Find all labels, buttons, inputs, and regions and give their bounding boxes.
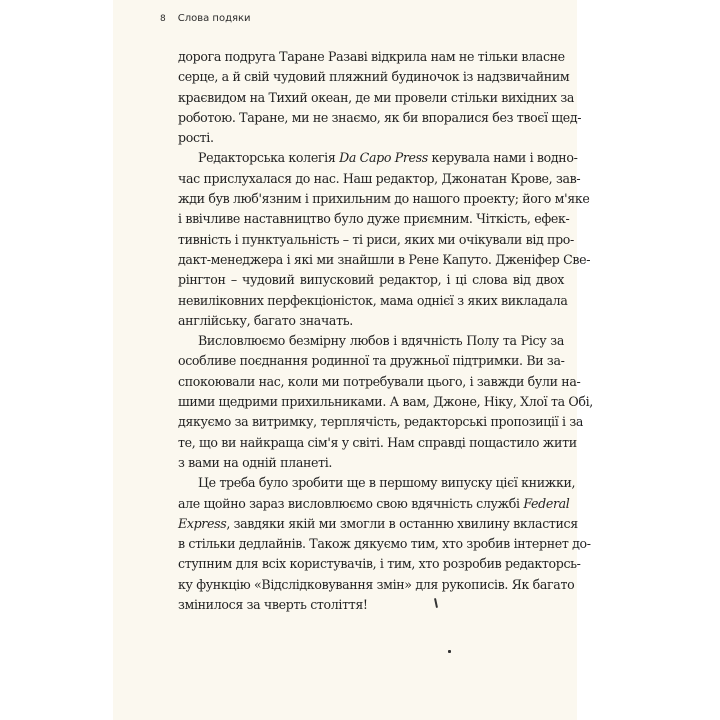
page-number: 8 <box>160 14 166 24</box>
text-line: невиліковних перфекціоністок, мама одніє… <box>178 291 564 311</box>
text-line: дакт-менеджера і які ми знайшли в Рене К… <box>178 250 564 270</box>
paragraph: Це треба було зробити ще в першому випус… <box>178 473 564 615</box>
text-line: в стільки дедлайнів. Також дякуємо тим, … <box>178 534 564 554</box>
text-line: Висловлюємо безмірну любов і вдячність П… <box>178 331 564 351</box>
text-line: англійську, багато значать. <box>178 311 564 331</box>
text-line: Це треба було зробити ще в першому випус… <box>178 473 564 493</box>
text-line: але щойно зараз висловлюємо свою вдячніс… <box>178 494 564 514</box>
text-line: і ввічливе наставництво було дуже приємн… <box>178 209 564 229</box>
text-line: Редакторська колегія Da Capo Press керув… <box>178 148 564 168</box>
text-line: дорога подруга Таране Разаві відкрила на… <box>178 47 564 67</box>
text-line: роботою. Таране, ми не знаємо, як би впо… <box>178 108 564 128</box>
running-head: 8 Слова подяки <box>160 13 251 24</box>
text-line: жди був люб'язним і прихильним до нашого… <box>178 189 564 209</box>
paragraph: дорога подруга Таране Разаві відкрила на… <box>178 47 564 148</box>
text-line: рінгтон – чудовий випусковий редактор, і… <box>178 270 564 290</box>
paragraph: Висловлюємо безмірну любов і вдячність П… <box>178 331 564 473</box>
text-line: ку функцію «Відслідковування змін» для р… <box>178 575 564 595</box>
text-line: тивність і пунктуальність – ті риси, яки… <box>178 230 564 250</box>
text-line: шими щедрими прихильниками. А вам, Джоне… <box>178 392 564 412</box>
book-page: 8 Слова подяки дорога подруга Таране Раз… <box>113 0 577 720</box>
text-line: те, що ви найкраща сім'я у світі. Нам сп… <box>178 433 564 453</box>
text-line: дякуємо за витримку, терплячість, редакт… <box>178 412 564 432</box>
ink-speck <box>448 650 451 653</box>
text-line: з вами на одній планеті. <box>178 453 564 473</box>
text-line: змінилося за чверть століття! <box>178 595 564 615</box>
text-line: рості. <box>178 128 564 148</box>
body-text: дорога подруга Таране Разаві відкрила на… <box>178 47 564 615</box>
text-line: Express, завдяки якій ми змогли в останн… <box>178 514 564 534</box>
text-line: ступним для всіх користувачів, і тим, хт… <box>178 554 564 574</box>
text-line: час прислухалася до нас. Наш редактор, Д… <box>178 169 564 189</box>
text-line: серце, а й свій чудовий пляжний будиночо… <box>178 67 564 87</box>
section-title: Слова подяки <box>178 13 251 24</box>
text-line: особливе поєднання родинної та дружньої … <box>178 351 564 371</box>
text-line: краєвидом на Тихий океан, де ми провели … <box>178 88 564 108</box>
paragraph: Редакторська колегія Da Capo Press керув… <box>178 148 564 331</box>
text-line: спокоювали нас, коли ми потребували цьог… <box>178 372 564 392</box>
